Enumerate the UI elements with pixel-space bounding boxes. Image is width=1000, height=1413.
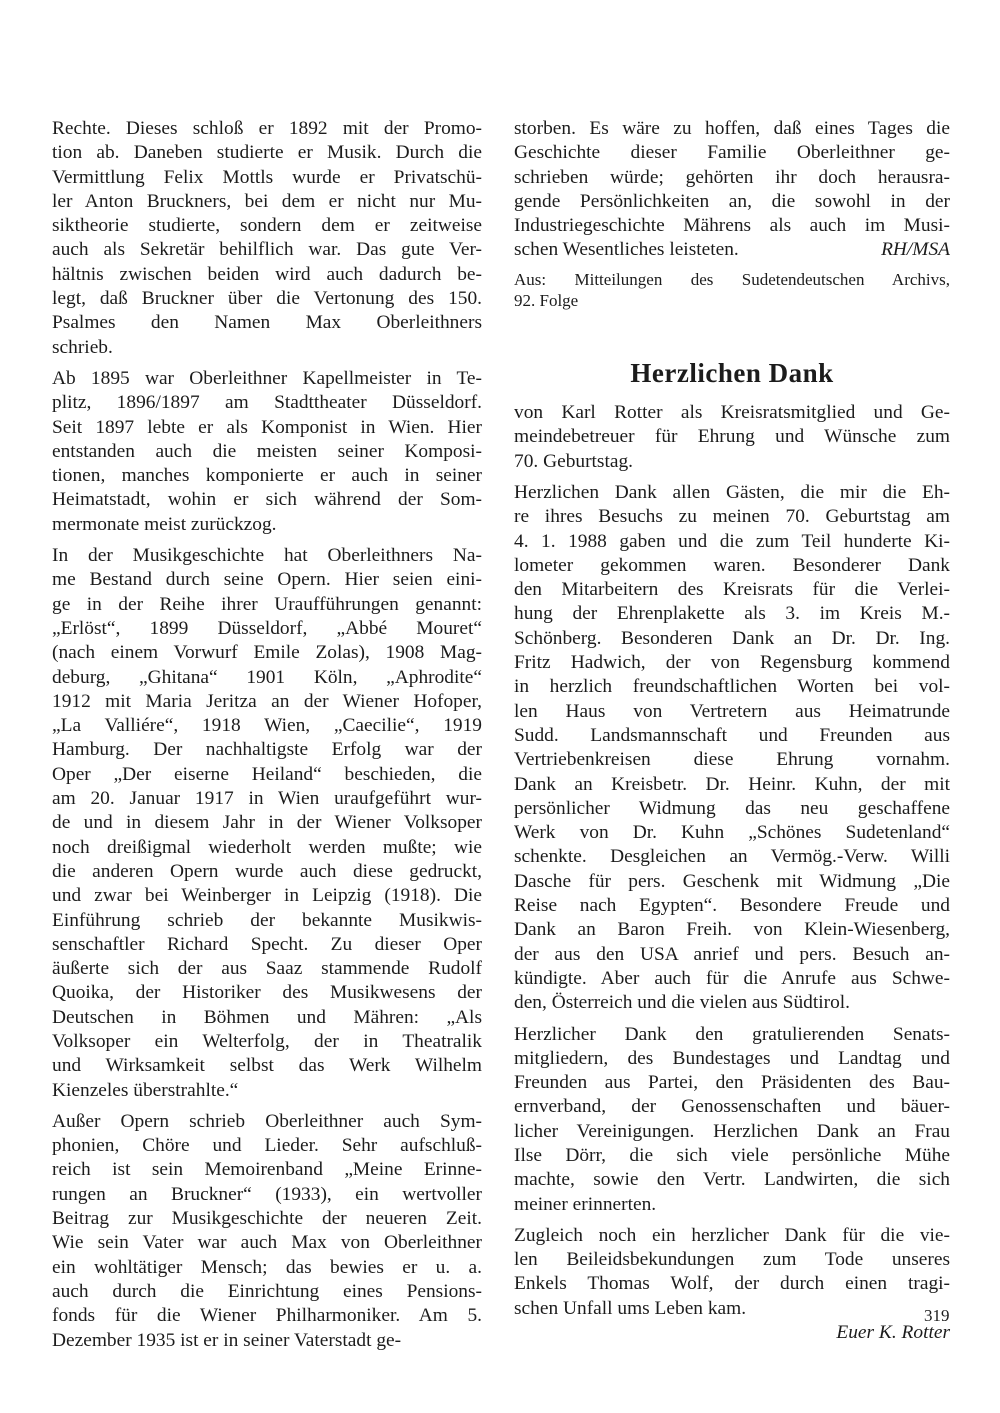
text-line: Enkels Thomas Wolf, der durch einen trag… — [514, 1272, 950, 1296]
text-line: storben. Es wäre zu hoffen, daß eines Ta… — [514, 117, 950, 141]
text-line: Dank an Kreisbetr. Dr. Heinr. Kuhn, der … — [514, 773, 950, 797]
text-line: persönlicher Widmung das neu geschaffene — [514, 797, 950, 821]
text-line: In der Musikgeschichte hat Oberleithners… — [52, 544, 482, 568]
text-line: schrieben würde; gehörten ihr doch herau… — [514, 166, 950, 190]
text-line: Heimatstadt, wohin er sich während der S… — [52, 488, 482, 512]
text-line: phonien, Chöre und Lieder. Sehr aufschlu… — [52, 1134, 482, 1158]
text-line: Quoika, der Historiker des Musikwesens d… — [52, 981, 482, 1005]
text-line: senschaftler Richard Specht. Zu dieser O… — [52, 933, 482, 957]
text-line: reich ist sein Memoirenband „Meine Erinn… — [52, 1158, 482, 1182]
article-ending-lines: storben. Es wäre zu hoffen, daß eines Ta… — [514, 117, 950, 238]
text-line: me Bestand durch seine Opern. Hier seien… — [52, 568, 482, 592]
paragraph: Herzlicher Dank den gratulierenden Senat… — [514, 1023, 950, 1217]
text-line: äußerte sich der aus Saaz stammende Rudo… — [52, 957, 482, 981]
text-line: plitz, 1896/1897 am Stadttheater Düsseld… — [52, 391, 482, 415]
text-line: tionen, manches komponierte er auch in s… — [52, 464, 482, 488]
paragraph: von Karl Rotter als Kreisratsmitglied un… — [514, 401, 950, 474]
text-line: und Wirksamkeit selbst das Werk Wilhelm — [52, 1054, 482, 1078]
text-line: Hamburg. Der nachhaltigste Erfolg war de… — [52, 738, 482, 762]
paragraph: Herzlichen Dank allen Gästen, die mir di… — [514, 481, 950, 1016]
page-number: 319 — [924, 1306, 950, 1326]
text-line: Rechte. Dieses schloß er 1892 mit der Pr… — [52, 117, 482, 141]
text-line: Oper „Der eiserne Heiland“ beschieden, d… — [52, 763, 482, 787]
text-line: „La Valliére“, 1918 Wien, „Caecilie“, 19… — [52, 714, 482, 738]
text-line: rungen an Bruckner“ (1933), ein wertvoll… — [52, 1183, 482, 1207]
text-line: legt, daß Bruckner über die Vertonung de… — [52, 287, 482, 311]
text-line: re ihres Besuchs zu meinen 70. Geburtsta… — [514, 505, 950, 529]
text-line: Deutschen in Böhmen und Mähren: „Als — [52, 1006, 482, 1030]
text-line: ge in der Reihe ihrer Uraufführungen gen… — [52, 593, 482, 617]
text-line: schenkte. Desgleichen an Vermög.-Verw. W… — [514, 845, 950, 869]
text-line: am 20. Januar 1917 in Wien uraufgeführt … — [52, 787, 482, 811]
text-line: Dank an Baron Freih. von Klein-Wiesenber… — [514, 918, 950, 942]
text-line: Vertriebenkreisen diese Ehrung vornahm. — [514, 748, 950, 772]
text-line: Einführung schrieb der bekannte Musikwis… — [52, 909, 482, 933]
text-line: gende Persönlichkeiten an, die sowohl in… — [514, 190, 950, 214]
text-line: hältnis zwischen beiden wird auch dadurc… — [52, 263, 482, 287]
text-line: schen Unfall ums Leben kam. — [514, 1297, 950, 1321]
text-line: de und in diesem Jahr in der Wiener Volk… — [52, 811, 482, 835]
text-line: entstanden auch die meisten seiner Kompo… — [52, 440, 482, 464]
author-initials: RH/MSA — [881, 238, 950, 262]
right-column: storben. Es wäre zu hoffen, daß eines Ta… — [514, 117, 950, 1345]
text-line: 4. 1. 1988 gaben und die zum Teil hunder… — [514, 530, 950, 554]
paragraph: Rechte. Dieses schloß er 1892 mit der Pr… — [52, 117, 482, 360]
text-line: Kienzeles überstrahlte.“ — [52, 1079, 482, 1103]
text-line: der aus den USA anrief und pers. Besuch … — [514, 943, 950, 967]
text-line: kündigte. Aber auch für die Anrufe aus S… — [514, 967, 950, 991]
article-ending: storben. Es wäre zu hoffen, daß eines Ta… — [514, 117, 950, 263]
signature: Euer K. Rotter — [514, 1321, 950, 1345]
text-line: 70. Geburtstag. — [514, 450, 950, 474]
text-line: deburg, „Ghitana“ 1901 Köln, „Aphrodite“ — [52, 666, 482, 690]
article-ending-last-line: schen Wesentliches leisteten. RH/MSA — [514, 238, 950, 262]
text-line: die anderen Opern wurde auch diese gedru… — [52, 860, 482, 884]
text-line: und zwar bei Weinberger in Leipzig (1918… — [52, 884, 482, 908]
text-line: Dezember 1935 ist er in seiner Vaterstad… — [52, 1329, 482, 1353]
text-line: 1912 mit Maria Jeritza an der Wiener Hof… — [52, 690, 482, 714]
text-line: von Karl Rotter als Kreisratsmitglied un… — [514, 401, 950, 425]
text-line: machte, sowie den Vertr. Landwirten, die… — [514, 1168, 950, 1192]
text-line: meindebetreuer für Ehrung und Wünsche zu… — [514, 425, 950, 449]
text-line: auch als Sekretär behilflich war. Das gu… — [52, 238, 482, 262]
text-line: auch durch die Einrichtung eines Pension… — [52, 1280, 482, 1304]
text-line: Herzlichen Dank allen Gästen, die mir di… — [514, 481, 950, 505]
text-line: Vermittlung Felix Mottls wurde er Privat… — [52, 166, 482, 190]
text-line: Ab 1895 war Oberleithner Kapellmeister i… — [52, 367, 482, 391]
text-line: mermonate meist zurückzog. — [52, 513, 482, 537]
source-citation: Aus: Mitteilungen des Sudetendeutschen A… — [514, 269, 950, 311]
text-line: Geschichte dieser Familie Oberleithner g… — [514, 141, 950, 165]
text-line: len Beileidsbekundungen zum Tode unseres — [514, 1248, 950, 1272]
text-line: Reise nach Egypten“. Besondere Freude un… — [514, 894, 950, 918]
text-line: den Mitarbeitern des Kreisrats für die V… — [514, 578, 950, 602]
text-line: ler Anton Bruckners, bei dem er nicht nu… — [52, 190, 482, 214]
text-line: in herzlich freundschaftlichen Worten be… — [514, 675, 950, 699]
text-line: tion ab. Daneben studierte er Musik. Dur… — [52, 141, 482, 165]
text-line: ein wohltätiger Mensch; das bewies er u.… — [52, 1256, 482, 1280]
text-line: hung der Ehrenplakette als 3. im Kreis M… — [514, 602, 950, 626]
text-line: Aus: Mitteilungen des Sudetendeutschen A… — [514, 269, 950, 290]
text-line: Fritz Hadwich, der von Regensburg kommen… — [514, 651, 950, 675]
text-line: Ilse Dörr, die sich viele persönliche Mü… — [514, 1144, 950, 1168]
text-line: Herzlicher Dank den gratulierenden Senat… — [514, 1023, 950, 1047]
text-line: licher Vereinigungen. Herzlichen Dank an… — [514, 1120, 950, 1144]
text-line: (nach einem Vorwurf Emile Zolas), 1908 M… — [52, 641, 482, 665]
last-line-text: schen Wesentliches leisteten. — [514, 238, 739, 262]
text-line: Dasche für pers. Geschenk mit Widmung „D… — [514, 870, 950, 894]
section-heading: Herzlichen Dank — [514, 361, 950, 385]
text-line: Beitrag zur Musikgeschichte der neueren … — [52, 1207, 482, 1231]
paragraph: In der Musikgeschichte hat Oberleithners… — [52, 544, 482, 1103]
text-line: fonds für die Wiener Philharmoniker. Am … — [52, 1304, 482, 1328]
text-line: den, Österreich und die vielen aus Südti… — [514, 991, 950, 1015]
text-line: schrieb. — [52, 336, 482, 360]
text-line: Schönberg. Besonderen Dank an Dr. Dr. In… — [514, 627, 950, 651]
paragraph: Ab 1895 war Oberleithner Kapellmeister i… — [52, 367, 482, 537]
text-line: mitgliedern, des Bundestages und Landtag… — [514, 1047, 950, 1071]
text-line: siktheorie studierte, sondern dem er zei… — [52, 214, 482, 238]
text-line: Freunden aus Partei, den Präsidenten des… — [514, 1071, 950, 1095]
text-line: „Erlöst“, 1899 Düsseldorf, „Abbé Mouret“ — [52, 617, 482, 641]
text-line: Werk von Dr. Kuhn „Schönes Sudetenland“ — [514, 821, 950, 845]
text-line: ernverband, der Genossenschaften und bäu… — [514, 1095, 950, 1119]
text-line: meiner erinnerten. — [514, 1193, 950, 1217]
text-line: lometer gekommen waren. Besonderer Dank — [514, 554, 950, 578]
text-line: Außer Opern schrieb Oberleithner auch Sy… — [52, 1110, 482, 1134]
text-line: noch dreißigmal wiederholt werden mußte;… — [52, 836, 482, 860]
left-column: Rechte. Dieses schloß er 1892 mit der Pr… — [52, 117, 482, 1360]
text-line: 92. Folge — [514, 290, 950, 311]
text-line: Seit 1897 lebte er als Komponist in Wien… — [52, 416, 482, 440]
text-line: Psalmes den Namen Max Oberleithners — [52, 311, 482, 335]
text-line: len Haus von Vertretern aus Heimatrunde — [514, 700, 950, 724]
paragraph: Zugleich noch ein herzlicher Dank für di… — [514, 1224, 950, 1321]
paragraph: Außer Opern schrieb Oberleithner auch Sy… — [52, 1110, 482, 1353]
text-line: Sudd. Landsmannschaft und Freunden aus — [514, 724, 950, 748]
text-line: Wie sein Vater war auch Max von Oberleit… — [52, 1231, 482, 1255]
text-line: Zugleich noch ein herzlicher Dank für di… — [514, 1224, 950, 1248]
text-line: Volksoper ein Welterfolg, der in Theatra… — [52, 1030, 482, 1054]
text-line: Industriegeschichte Mährens als auch im … — [514, 214, 950, 238]
